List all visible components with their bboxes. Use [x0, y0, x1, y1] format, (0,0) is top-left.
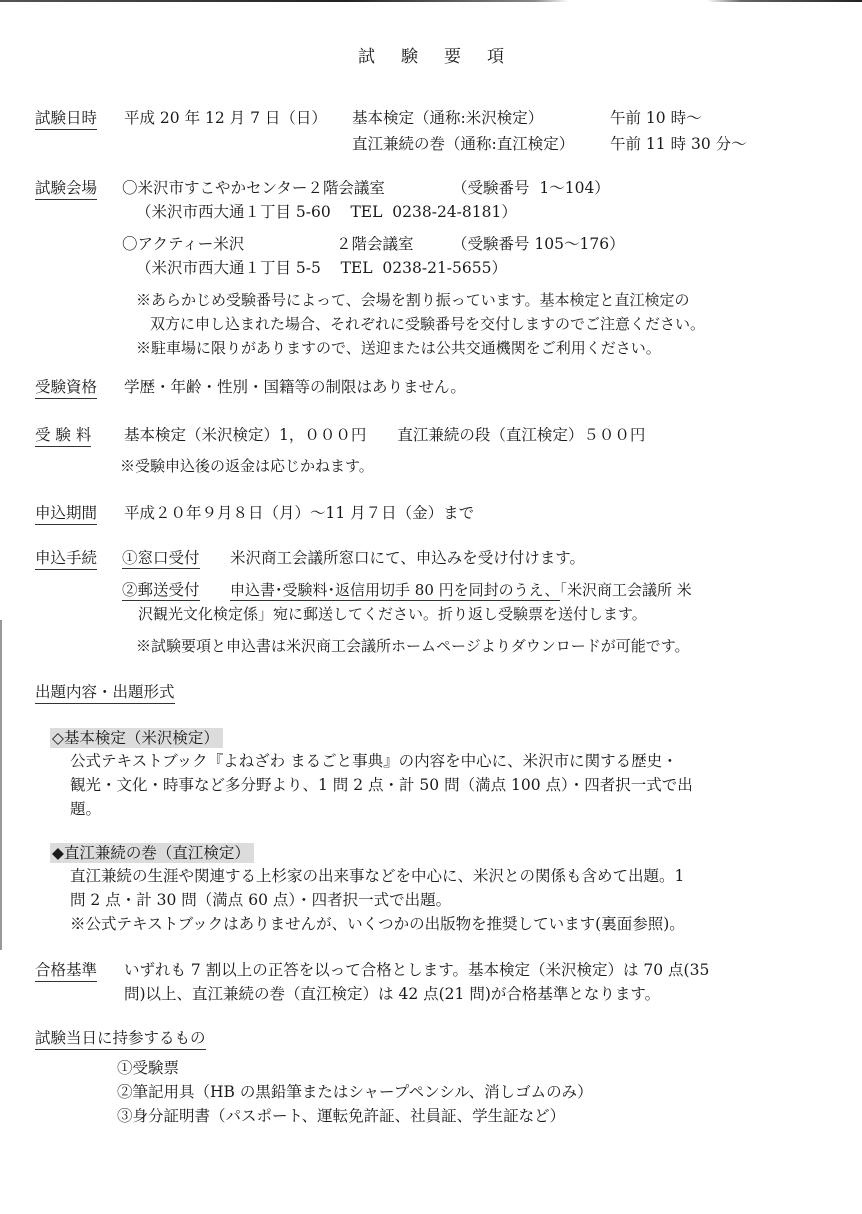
passing-line-2: 問)以上、直江兼続の巻（直江検定）は 42 点(21 問)が合格基準となります。: [124, 984, 660, 1004]
label-eligibility: 受験資格: [35, 377, 97, 399]
bring-item-2: ②筆記用具（HB の黒鉛筆またはシャープペンシル、消しゴムのみ）: [117, 1082, 593, 1102]
scan-top-edge: [0, 0, 862, 2]
label-period: 申込期間: [35, 503, 97, 525]
content-naoe-line-1: 直江兼続の生涯や関連する上杉家の出来事などを中心に、米沢との関係も含めて出題。1: [70, 866, 684, 886]
eligibility-text: 学歴・年齢・性別・国籍等の制限はありません。: [124, 377, 466, 397]
schedule-naoe-time: 午前 11 時 30 分～: [610, 134, 747, 154]
label-passing: 合格基準: [35, 960, 97, 982]
content-basic-line-1: 公式テキストブック『よねざわ まるごと事典』の内容を中心に、米沢市に関する歴史・: [70, 751, 678, 771]
venue-2-room: ２階会議室: [336, 234, 414, 254]
venue-1-address: （米沢市西大通１丁目 5-60 TEL 0238-24-8181）: [136, 202, 517, 222]
content-basic-heading-wrap: ◇基本検定（米沢検定）: [50, 728, 223, 748]
bring-item-1: ①受験票: [117, 1058, 179, 1078]
content-naoe-heading-wrap: ◆直江兼続の巻（直江検定）: [50, 843, 254, 863]
venue-note-1: ※あらかじめ受験番号によって、会場を割り振っています。基本検定と直江検定の: [136, 290, 690, 310]
procedure-mail-method: ②郵送受付: [122, 580, 200, 600]
label-venue: 試験会場: [35, 178, 97, 200]
venue-note-3: ※駐車場に限りがありますので、送迎または公共交通機関をご利用ください。: [136, 338, 661, 358]
content-basic-line-3: 題。: [70, 799, 101, 819]
fee-text: 基本検定（米沢検定）1，０００円 直江兼続の段（直江検定）５００円: [124, 425, 645, 445]
procedure-mail-title: ②郵送受付: [122, 581, 200, 601]
bring-item-3: ③身分証明書（パスポート、運転免許証、社員証、学生証など）: [117, 1106, 565, 1126]
content-naoe-heading: ◆直江兼続の巻（直江検定）: [50, 843, 254, 863]
exam-date-value: 平成 20 年 12 月 7 日（日）: [124, 108, 327, 128]
procedure-mail-enclosure: 申込書･受験料･返信用切手 80 円を同封のうえ、: [230, 581, 560, 601]
period-text: 平成２０年９月８日（月）～11 月７日（金）まで: [124, 503, 474, 523]
page-title: 試験要項: [0, 42, 862, 67]
venue-2-numbers: （受験番号 105～176）: [452, 234, 625, 254]
label-fee: 受 験 料: [35, 425, 91, 447]
procedure-mail-line-1: 申込書･受験料･返信用切手 80 円を同封のうえ、「米沢商工会議所 米: [230, 580, 692, 600]
venue-2-address: （米沢市西大通１丁目 5-5 TEL 0238-21-5655）: [136, 258, 507, 278]
label-exam-date: 試験日時: [35, 108, 97, 130]
content-naoe-line-3: ※公式テキストブックはありませんが、いくつかの出版物を推奨しています(裏面参照)…: [70, 914, 685, 934]
venue-1-numbers: （受験番号 1～104）: [452, 178, 610, 198]
procedure-mail-line-2: 沢観光文化検定係」宛に郵送してください。折り返し受験票を送付します。: [138, 604, 647, 624]
procedure-mail-address: 「米沢商工会議所 米: [560, 581, 692, 599]
procedure-counter-text: 米沢商工会議所窓口にて、申込みを受け付けます。: [230, 548, 585, 568]
schedule-basic-exam: 基本検定（通称:米沢検定）: [352, 108, 543, 128]
content-basic-line-2: 観光・文化・時事など多分野より、1 問 2 点・計 50 問（満点 100 点）…: [70, 775, 693, 795]
passing-line-1: いずれも 7 割以上の正答を以って合格とします。基本検定（米沢検定）は 70 点…: [124, 960, 709, 980]
procedure-counter-title: ①窓口受付: [122, 549, 200, 569]
fee-note: ※受験申込後の返金は応じかねます。: [120, 456, 374, 476]
venue-note-2: 双方に申し込まれた場合、それぞれに受験番号を交付しますのでご注意ください。: [150, 314, 705, 334]
scan-left-edge: [0, 620, 2, 950]
venue-1-name: 〇米沢市すこやかセンター２階会議室: [122, 178, 385, 198]
label-content: 出題内容・出題形式: [35, 682, 175, 704]
schedule-basic-time: 午前 10 時～: [610, 108, 702, 128]
label-bring: 試験当日に持参するもの: [35, 1028, 206, 1050]
procedure-note: ※試験要項と申込書は米沢商工会議所ホームページよりダウンロードが可能です。: [136, 636, 690, 656]
content-basic-heading: ◇基本検定（米沢検定）: [50, 728, 223, 748]
label-procedure: 申込手続: [35, 548, 97, 570]
procedure-counter-method: ①窓口受付: [122, 548, 200, 568]
schedule-naoe-exam: 直江兼続の巻（通称:直江検定）: [352, 134, 574, 154]
content-naoe-line-2: 問 2 点・計 30 問（満点 60 点）・四者択一式で出題。: [70, 890, 451, 910]
venue-2-name: 〇アクティー米沢: [122, 234, 244, 254]
